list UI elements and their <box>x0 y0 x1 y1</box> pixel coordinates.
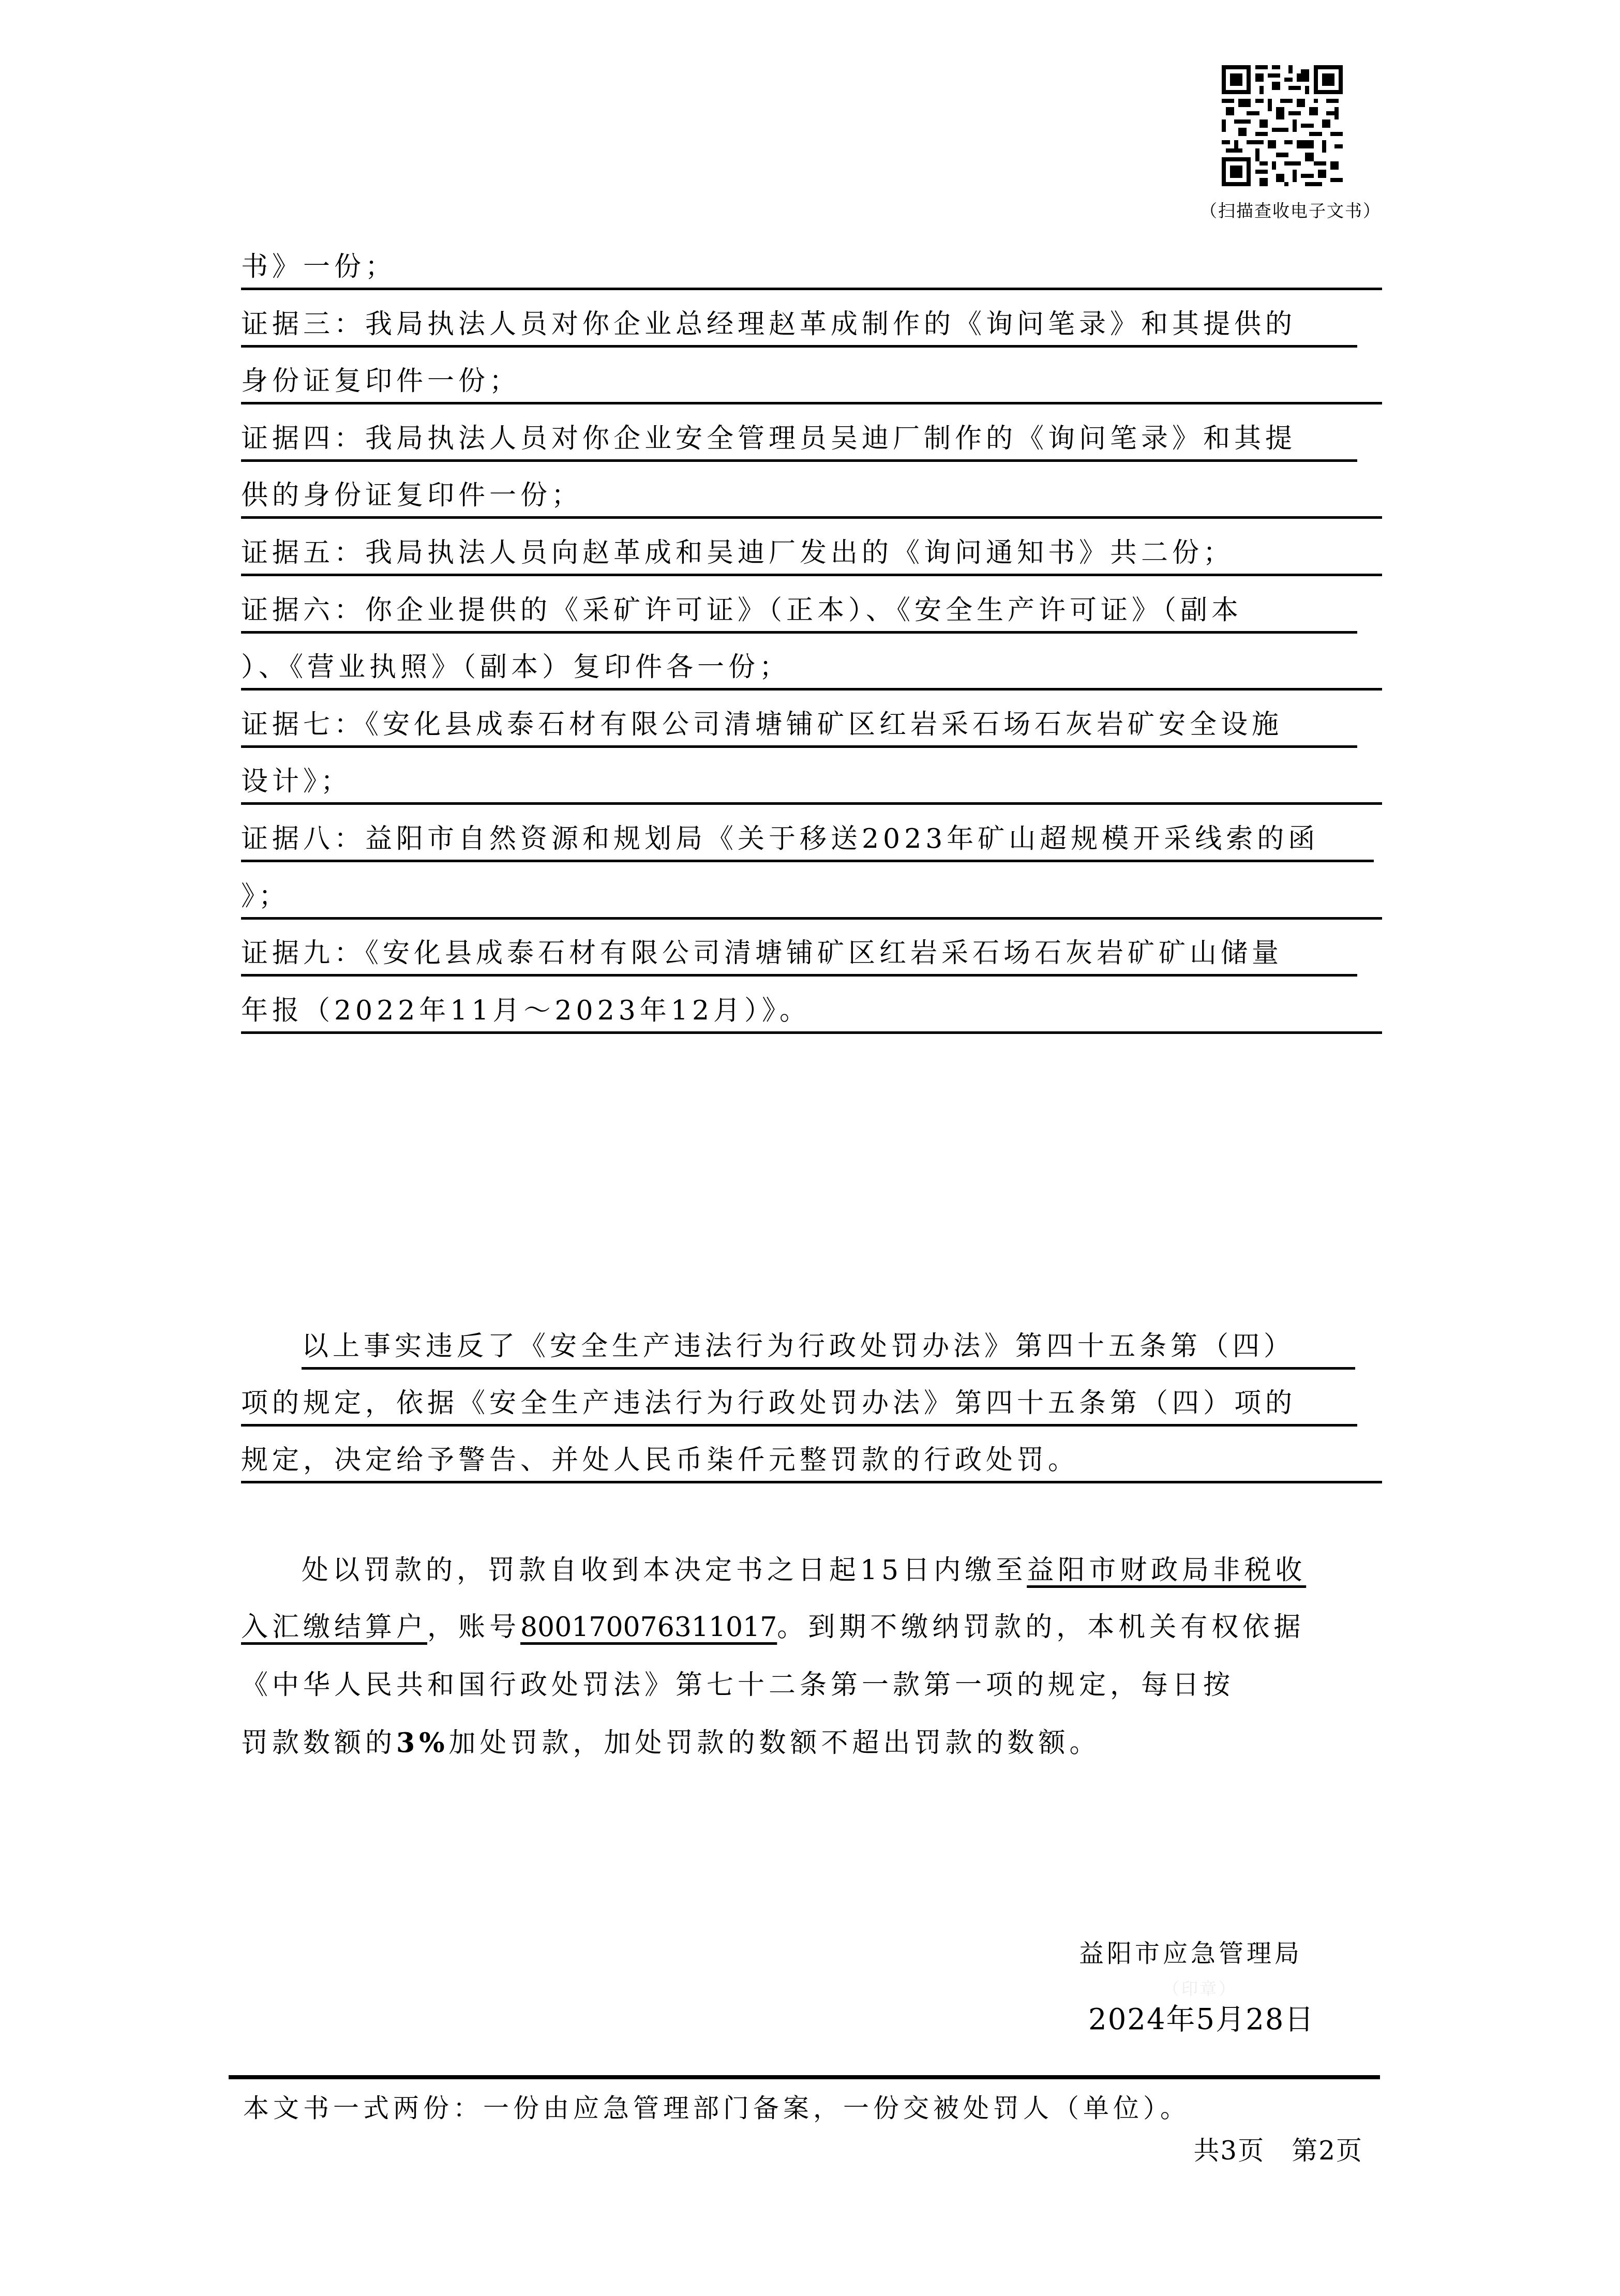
payee-account-name: 益阳市财政局非税收 <box>1027 1555 1306 1586</box>
payment-line-2: 入汇缴结算户，账号800170076311017。到期不缴纳罚款的，本机关有权依… <box>241 1612 1304 1643</box>
underline-rule <box>241 917 1382 920</box>
underline-rule <box>241 574 1382 576</box>
underline-rule <box>302 1367 1355 1370</box>
line-text: 身份证复印件一份； <box>241 366 520 397</box>
line-text: 证据六：你企业提供的《采矿许可证》（正本）、《安全生产许可证》（副本 <box>241 595 1242 626</box>
line-text: 证据七：《安化县成泰石材有限公司清塘铺矿区红岩采石场石灰岩矿安全设施 <box>241 709 1283 740</box>
page-number: 共3页 第2页 <box>1193 2130 1363 2167</box>
underline-rule <box>241 688 1382 691</box>
underline-rule <box>241 1481 1382 1483</box>
late-fee-rate: 3% <box>396 1727 449 1759</box>
line-text: 供的身份证复印件一份； <box>241 480 582 511</box>
underline-rule <box>241 516 1382 519</box>
underline-rule <box>241 631 1357 634</box>
line-text: 以上事实违反了《安全生产违法行为行政处罚办法》第四十五条第（四） <box>302 1331 1295 1362</box>
underline-rule <box>241 1031 1382 1034</box>
issue-date: 2024年5月28日 <box>1088 1997 1314 2038</box>
underline-rule <box>241 1424 1357 1427</box>
line-text: 证据三：我局执法人员对你企业总经理赵革成制作的《询问笔录》和其提供的 <box>241 309 1296 340</box>
qr-caption: （扫描查收电子文书） <box>1200 198 1371 222</box>
payment-line-4: 罚款数额的3%加处罚款，加处罚款的数额不超出罚款的数额。 <box>241 1728 1101 1759</box>
line-text: 证据八：益阳市自然资源和规划局《关于移送2023年矿山超规模开采线索的函 <box>241 823 1319 854</box>
qr-code-icon[interactable] <box>1222 65 1343 186</box>
line-text: 规定，决定给予警告、并处人民币柒仟元整罚款的行政处罚。 <box>241 1445 1079 1476</box>
underline-rule <box>241 802 1382 805</box>
document-page: （扫描查收电子文书） 书》一份；证据三：我局执法人员对你企业总经理赵革成制作的《… <box>0 0 1620 2296</box>
line-text: 书》一份； <box>241 251 396 282</box>
underline-rule <box>241 974 1357 977</box>
issuing-agency: 益阳市应急管理局 <box>1079 1933 1302 1969</box>
underline-rule <box>241 860 1374 862</box>
line-text: 证据五：我局执法人员向赵革成和吴迪厂发出的《询问通知书》共二份； <box>241 537 1234 568</box>
underline-rule <box>241 288 1382 290</box>
account-number: 800170076311017 <box>520 1612 777 1643</box>
underline-rule <box>241 402 1382 404</box>
line-text: ）、《营业执照》（副本）复印件各一份； <box>241 652 790 683</box>
line-text: 证据四：我局执法人员对你企业安全管理员吴迪厂制作的《询问笔录》和其提 <box>241 423 1296 454</box>
payee-account-name-cont: 入汇缴结算户 <box>241 1612 427 1643</box>
payment-line-3: 《中华人民共和国行政处罚法》第七十二条第一款第一项的规定，每日按 <box>241 1670 1234 1701</box>
underline-rule <box>241 345 1357 348</box>
footer-divider <box>229 2075 1380 2079</box>
line-text: 项的规定，依据《安全生产违法行为行政处罚办法》第四十五条第（四）项的 <box>241 1388 1296 1419</box>
line-text: 》； <box>241 881 290 912</box>
underline-rule <box>241 745 1357 748</box>
line-text: 设计》； <box>241 766 352 797</box>
underline-rule <box>241 459 1357 462</box>
footer-note: 本文书一式两份：一份由应急管理部门备案，一份交被处罚人（单位）。 <box>243 2088 1190 2125</box>
line-text: 证据九：《安化县成泰石材有限公司清塘铺矿区红岩采石场石灰岩矿矿山储量 <box>241 938 1283 969</box>
payment-line-1: 处以罚款的，罚款自收到本决定书之日起15日内缴至益阳市财政局非税收 <box>302 1555 1306 1586</box>
line-text: 年报（2022年11月～2023年12月）》。 <box>241 995 811 1026</box>
